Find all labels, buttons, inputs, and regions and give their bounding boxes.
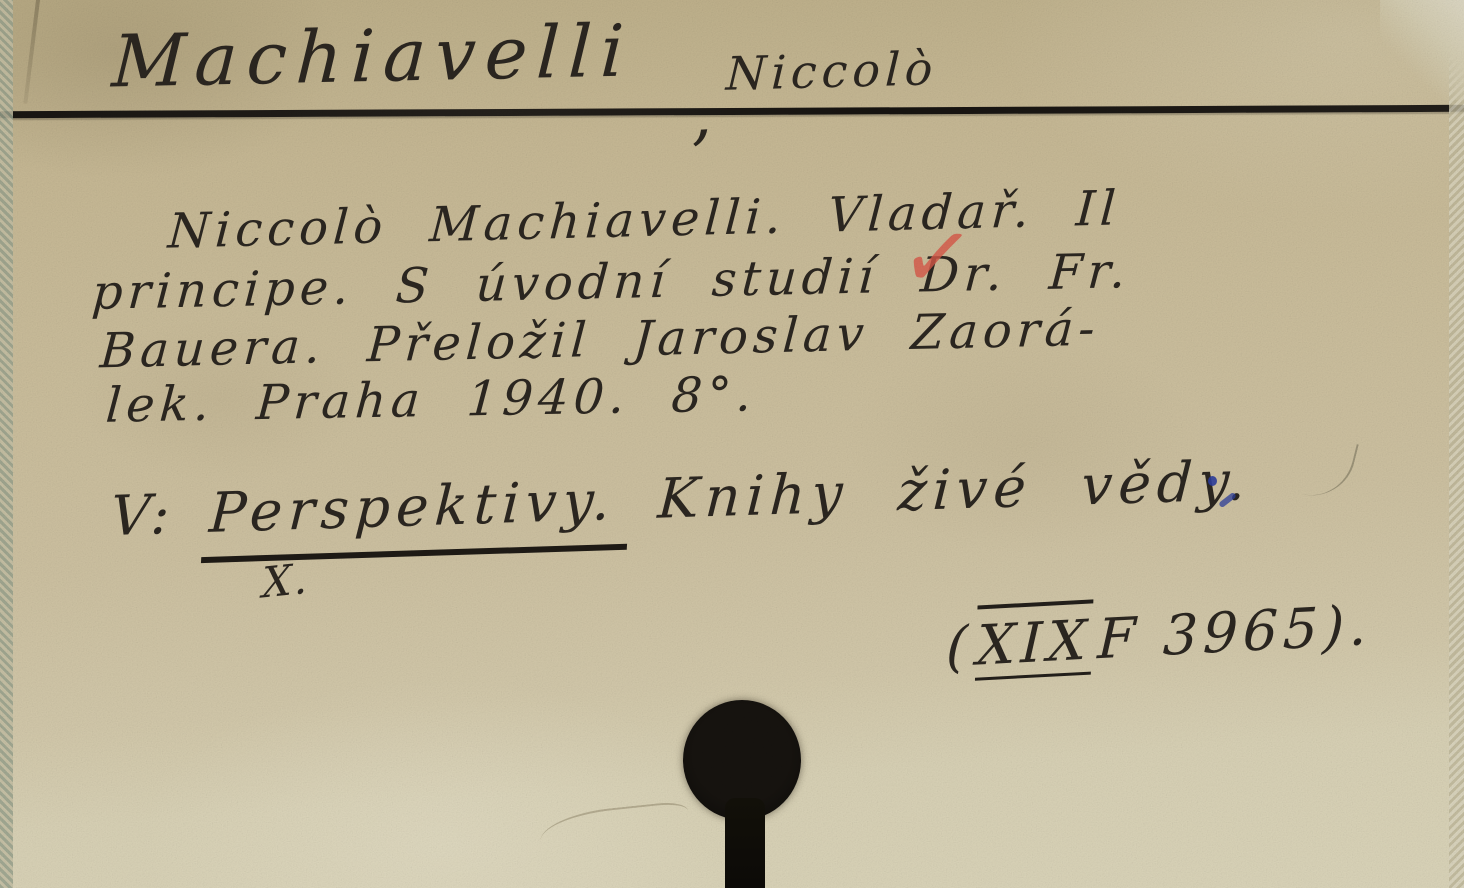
shelfmark-roman-numeral: XIX [975, 599, 1093, 680]
card-edge-shadow [538, 800, 693, 867]
scan-corner-tear [1380, 0, 1464, 100]
scan-edge-right [1449, 0, 1464, 888]
punch-slot [725, 798, 765, 888]
series-volume-number: X. [262, 553, 309, 607]
pencil-mark [1299, 433, 1359, 504]
heading-surname: Machiavelli [110, 8, 635, 103]
scan-edge-left [0, 0, 13, 888]
heading-rule [0, 105, 1464, 118]
series-line: V: Perspektivy. Knihy živé vědy. [108, 448, 1253, 566]
series-title-underlined: Perspektivy. [201, 468, 632, 564]
series-prefix: V: [109, 482, 177, 548]
shelfmark-open-paren: ( [945, 614, 974, 680]
body-line: lek. Praha 1940. 8°. [104, 366, 758, 433]
heading-forename: Niccolò [725, 41, 939, 101]
shelfmark: ( XIX F 3965 ). [945, 585, 1373, 683]
blue-ink-speck [1208, 476, 1217, 486]
shelfmark-close-paren: ). [1322, 593, 1373, 660]
series-note: Knihy živé vědy. [656, 448, 1253, 531]
catalog-card-scan: Machiavelli , Niccolò Niccolò Machiavell… [0, 0, 1464, 888]
crease-line [23, 0, 40, 104]
shelfmark-number: F 3965 [1096, 595, 1324, 671]
